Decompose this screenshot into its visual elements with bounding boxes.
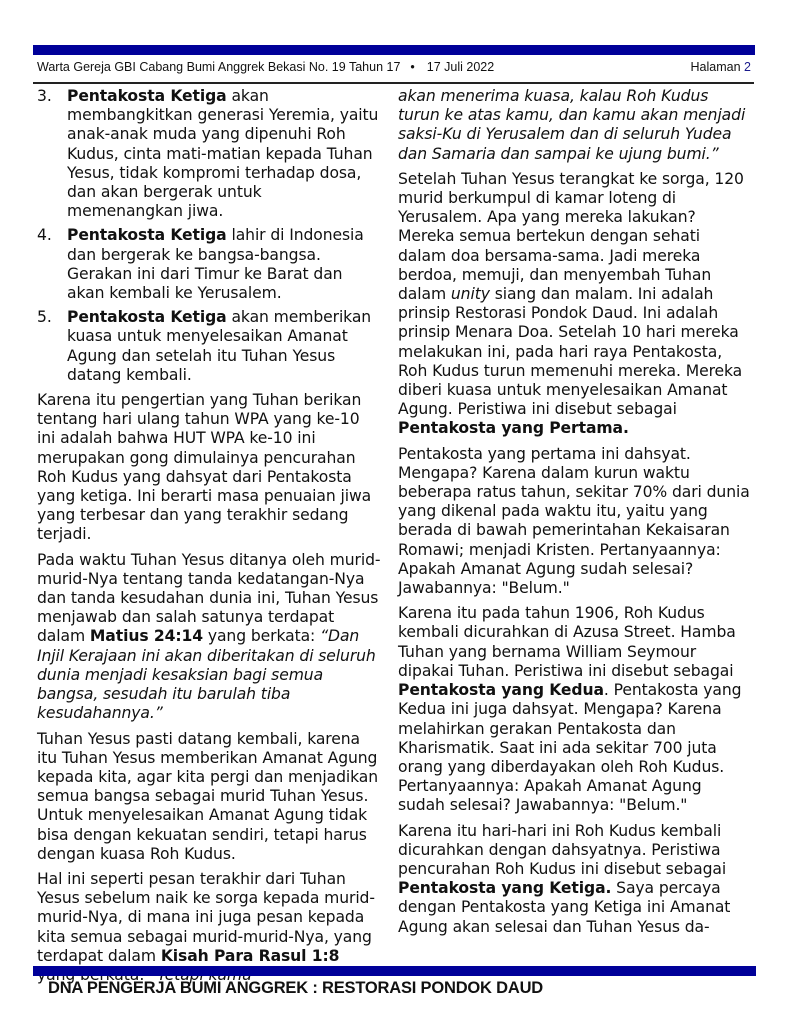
publication-info: Warta Gereja GBI Cabang Bumi Anggrek Bek… <box>37 60 494 74</box>
header-accent-bar <box>33 45 755 55</box>
paragraph-pentakosta-pertama: Setelah Tuhan Yesus terangkat ke sorga, … <box>398 170 750 439</box>
paragraph-text: . Pentakosta yang Kedua ini juga dahsyat… <box>398 681 741 814</box>
left-column: 3.Pentakosta Ketiga akan membangkitkan g… <box>37 87 382 991</box>
list-item-heading: Pentakosta Ketiga <box>67 308 227 326</box>
scripture-reference: Kisah Para Rasul 1:8 <box>161 947 340 965</box>
paragraph-text: Setelah Tuhan Yesus terangkat ke sorga, … <box>398 170 744 303</box>
paragraph-pentakosta-ketiga: Karena itu hari-hari ini Roh Kudus kemba… <box>398 822 750 937</box>
list-item-text: akan membangkitkan generasi Yeremia, yai… <box>67 87 378 220</box>
paragraph-amanat-agung: Tuhan Yesus pasti datang kembali, karena… <box>37 730 382 864</box>
scripture-quote-continued: akan menerima kuasa, kalau Roh Kudus tur… <box>398 87 750 164</box>
list-item-heading: Pentakosta Ketiga <box>67 87 227 105</box>
bold-term: Pentakosta yang Ketiga. <box>398 879 611 897</box>
footer-accent-bar <box>33 966 756 976</box>
list-item: 5.Pentakosta Ketiga akan memberikan kuas… <box>37 308 382 385</box>
page-indicator: Halaman 2 <box>691 60 751 74</box>
bullet-separator: • <box>410 60 414 74</box>
publication-title: Warta Gereja GBI Cabang Bumi Anggrek Bek… <box>37 60 400 74</box>
page-header: Warta Gereja GBI Cabang Bumi Anggrek Bek… <box>37 58 753 78</box>
paragraph-text: Karena itu hari-hari ini Roh Kudus kemba… <box>398 822 726 878</box>
paragraph-text: yang berkata: <box>203 627 320 645</box>
list-number: 4. <box>37 226 52 245</box>
emphasis-unity: unity <box>451 285 490 303</box>
paragraph-pentakosta-kedua: Karena itu pada tahun 1906, Roh Kudus ke… <box>398 604 750 815</box>
paragraph-matius: Pada waktu Tuhan Yesus ditanya oleh muri… <box>37 551 382 724</box>
paragraph-text: Karena itu pada tahun 1906, Roh Kudus ke… <box>398 604 736 680</box>
list-item: 4.Pentakosta Ketiga lahir di Indonesia d… <box>37 226 382 303</box>
page-number: 2 <box>744 60 751 74</box>
list-item: 3.Pentakosta Ketiga akan membangkitkan g… <box>37 87 382 221</box>
scripture-quote: akan menerima kuasa, kalau Roh Kudus tur… <box>398 87 745 163</box>
pentakosta-list: 3.Pentakosta Ketiga akan membangkitkan g… <box>37 87 382 385</box>
issue-date: 17 Juli 2022 <box>427 60 494 74</box>
list-item-heading: Pentakosta Ketiga <box>67 226 227 244</box>
paragraph-wpa: Karena itu pengertian yang Tuhan berikan… <box>37 391 382 545</box>
scripture-reference: Matius 24:14 <box>90 627 203 645</box>
bold-term: Pentakosta yang Kedua <box>398 681 604 699</box>
bold-term: Pentakosta yang Pertama. <box>398 419 629 437</box>
right-column: akan menerima kuasa, kalau Roh Kudus tur… <box>398 87 750 943</box>
list-number: 5. <box>37 308 52 327</box>
header-divider <box>33 82 754 84</box>
paragraph-text: siang dan malam. Ini adalah prinsip Rest… <box>398 285 742 418</box>
paragraph-pertama-dahsyat: Pentakosta yang pertama ini dahsyat. Men… <box>398 445 750 599</box>
page-label: Halaman <box>691 60 741 74</box>
footer-title: DNA PENGERJA BUMI ANGGREK : RESTORASI PO… <box>48 979 543 998</box>
list-number: 3. <box>37 87 52 106</box>
